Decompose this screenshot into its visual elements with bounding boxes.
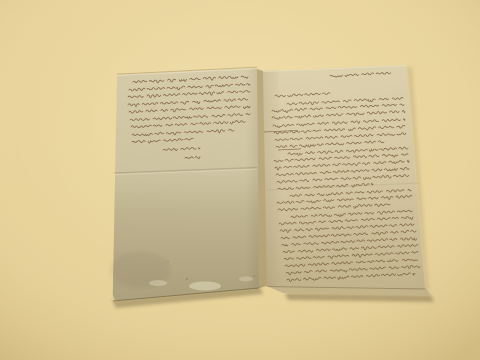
- letter-photo-scene: [0, 0, 480, 360]
- vignette-overlay: [0, 0, 480, 360]
- letter-photograph: [0, 0, 480, 360]
